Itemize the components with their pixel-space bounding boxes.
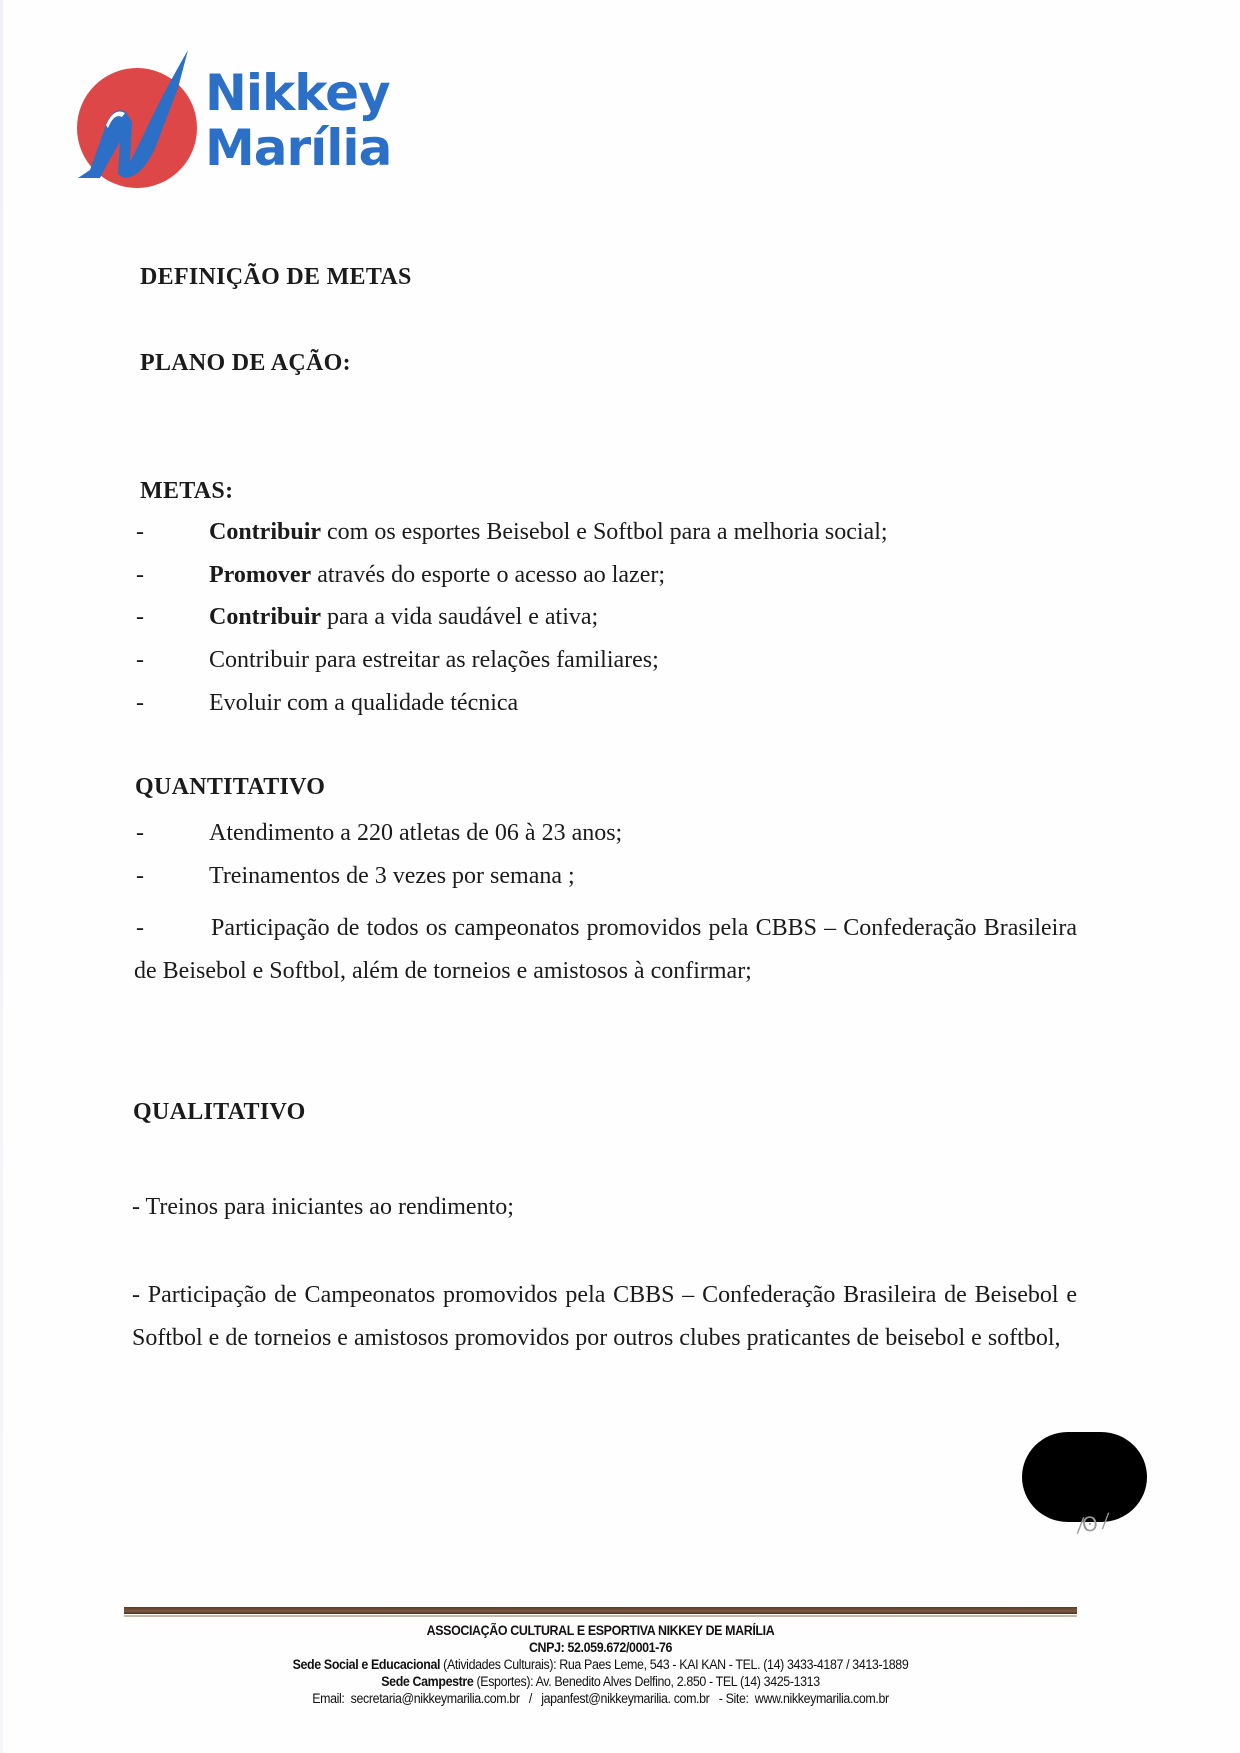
heading-quantitativo: QUANTITATIVO bbox=[135, 774, 325, 801]
list-item-bold: Contribuir bbox=[209, 519, 321, 545]
footer-contacts: Email: secretaria@nikkeymarilia.com.br /… bbox=[162, 1690, 1039, 1707]
logo-text-nikkey: Nikkey bbox=[205, 68, 390, 118]
footer-rule bbox=[124, 1607, 1077, 1614]
list-item-rest: através do esporte o acesso ao lazer; bbox=[311, 562, 665, 588]
list-item-text: Contribuir para a vida saudável e ativa; bbox=[209, 604, 598, 631]
qualitativo-item: - Treinos para iniciantes ao rendimento; bbox=[132, 1186, 1075, 1229]
footer-sede-social: Sede Social e Educacional (Atividades Cu… bbox=[162, 1656, 1039, 1673]
footer-rule-shadow bbox=[124, 1615, 1077, 1617]
footer-sede-social-label: Sede Social e Educacional bbox=[293, 1657, 441, 1672]
scan-edge bbox=[0, 0, 3, 1753]
list-dash: - bbox=[136, 604, 144, 631]
heading-metas: METAS: bbox=[140, 478, 233, 505]
list-item-rest: com os esportes Beisebol e Softbol para … bbox=[321, 519, 888, 545]
quantitativo-paragraph: -Participação de todos os campeonatos pr… bbox=[134, 907, 1077, 993]
heading-qualitativo: QUALITATIVO bbox=[133, 1099, 306, 1126]
list-dash: - bbox=[134, 907, 211, 950]
logo-emblem-icon bbox=[70, 50, 205, 195]
footer-org-name: ASSOCIAÇÃO CULTURAL E ESPORTIVA NIKKEY D… bbox=[162, 1622, 1039, 1639]
list-item-text: Contribuir para estreitar as relações fa… bbox=[209, 647, 659, 674]
footer-sede-campestre-text: (Esportes): Av. Benedito Alves Delfino, … bbox=[473, 1674, 819, 1689]
list-dash: - bbox=[136, 519, 144, 546]
list-dash: - bbox=[136, 690, 144, 717]
logo-text-marilia: Marília bbox=[205, 123, 391, 173]
list-item-rest: Contribuir para estreitar as relações fa… bbox=[209, 647, 659, 673]
document-page: Nikkey Marília DEFINIÇÃO DE METAS PLANO … bbox=[0, 0, 1240, 1753]
footer-sede-campestre: Sede Campestre (Esportes): Av. Benedito … bbox=[162, 1673, 1039, 1690]
list-dash: - bbox=[136, 647, 144, 674]
list-item-text: Contribuir com os esportes Beisebol e So… bbox=[209, 519, 888, 546]
list-item-text: Promover através do esporte o acesso ao … bbox=[209, 562, 665, 589]
footer: ASSOCIAÇÃO CULTURAL E ESPORTIVA NIKKEY D… bbox=[124, 1622, 1077, 1707]
qualitativo-item: - Participação de Campeonatos promovidos… bbox=[132, 1274, 1077, 1360]
heading-definicao-de-metas: DEFINIÇÃO DE METAS bbox=[140, 264, 412, 291]
quantitativo-paragraph-text: Participação de todos os campeonatos pro… bbox=[134, 915, 1077, 984]
footer-sede-campestre-label: Sede Campestre bbox=[381, 1674, 473, 1689]
list-item-text: Evoluir com a qualidade técnica bbox=[209, 690, 518, 717]
list-dash: - bbox=[136, 562, 144, 589]
list-item-rest: Evoluir com a qualidade técnica bbox=[209, 690, 518, 716]
nikkey-marilia-logo: Nikkey Marília bbox=[70, 50, 390, 195]
footer-site-label: - Site: bbox=[719, 1691, 749, 1706]
footer-email-secretaria[interactable]: secretaria@nikkeymarilia.com.br bbox=[351, 1691, 520, 1706]
footer-separator: / bbox=[529, 1691, 532, 1706]
footer-email-label: Email: bbox=[312, 1691, 344, 1706]
list-item-rest: para a vida saudável e ativa; bbox=[321, 604, 598, 630]
list-item-bold: Promover bbox=[209, 562, 311, 588]
list-item-bold: Contribuir bbox=[209, 604, 321, 630]
list-item-text: Atendimento a 220 atletas de 06 à 23 ano… bbox=[209, 820, 622, 847]
list-item-text: Treinamentos de 3 vezes por semana ; bbox=[209, 863, 575, 890]
footer-sede-social-text: (Atividades Culturais): Rua Paes Leme, 5… bbox=[440, 1657, 908, 1672]
footer-site-link[interactable]: www.nikkeymarilia.com.br bbox=[755, 1691, 889, 1706]
heading-plano-de-acao: PLANO DE AÇÃO: bbox=[140, 350, 351, 377]
list-dash: - bbox=[136, 863, 144, 890]
footer-cnpj: CNPJ: 52.059.672/0001-76 bbox=[162, 1639, 1039, 1656]
list-dash: - bbox=[136, 820, 144, 847]
footer-email-japanfest[interactable]: japanfest@nikkeymarilia. com.br bbox=[541, 1691, 709, 1706]
